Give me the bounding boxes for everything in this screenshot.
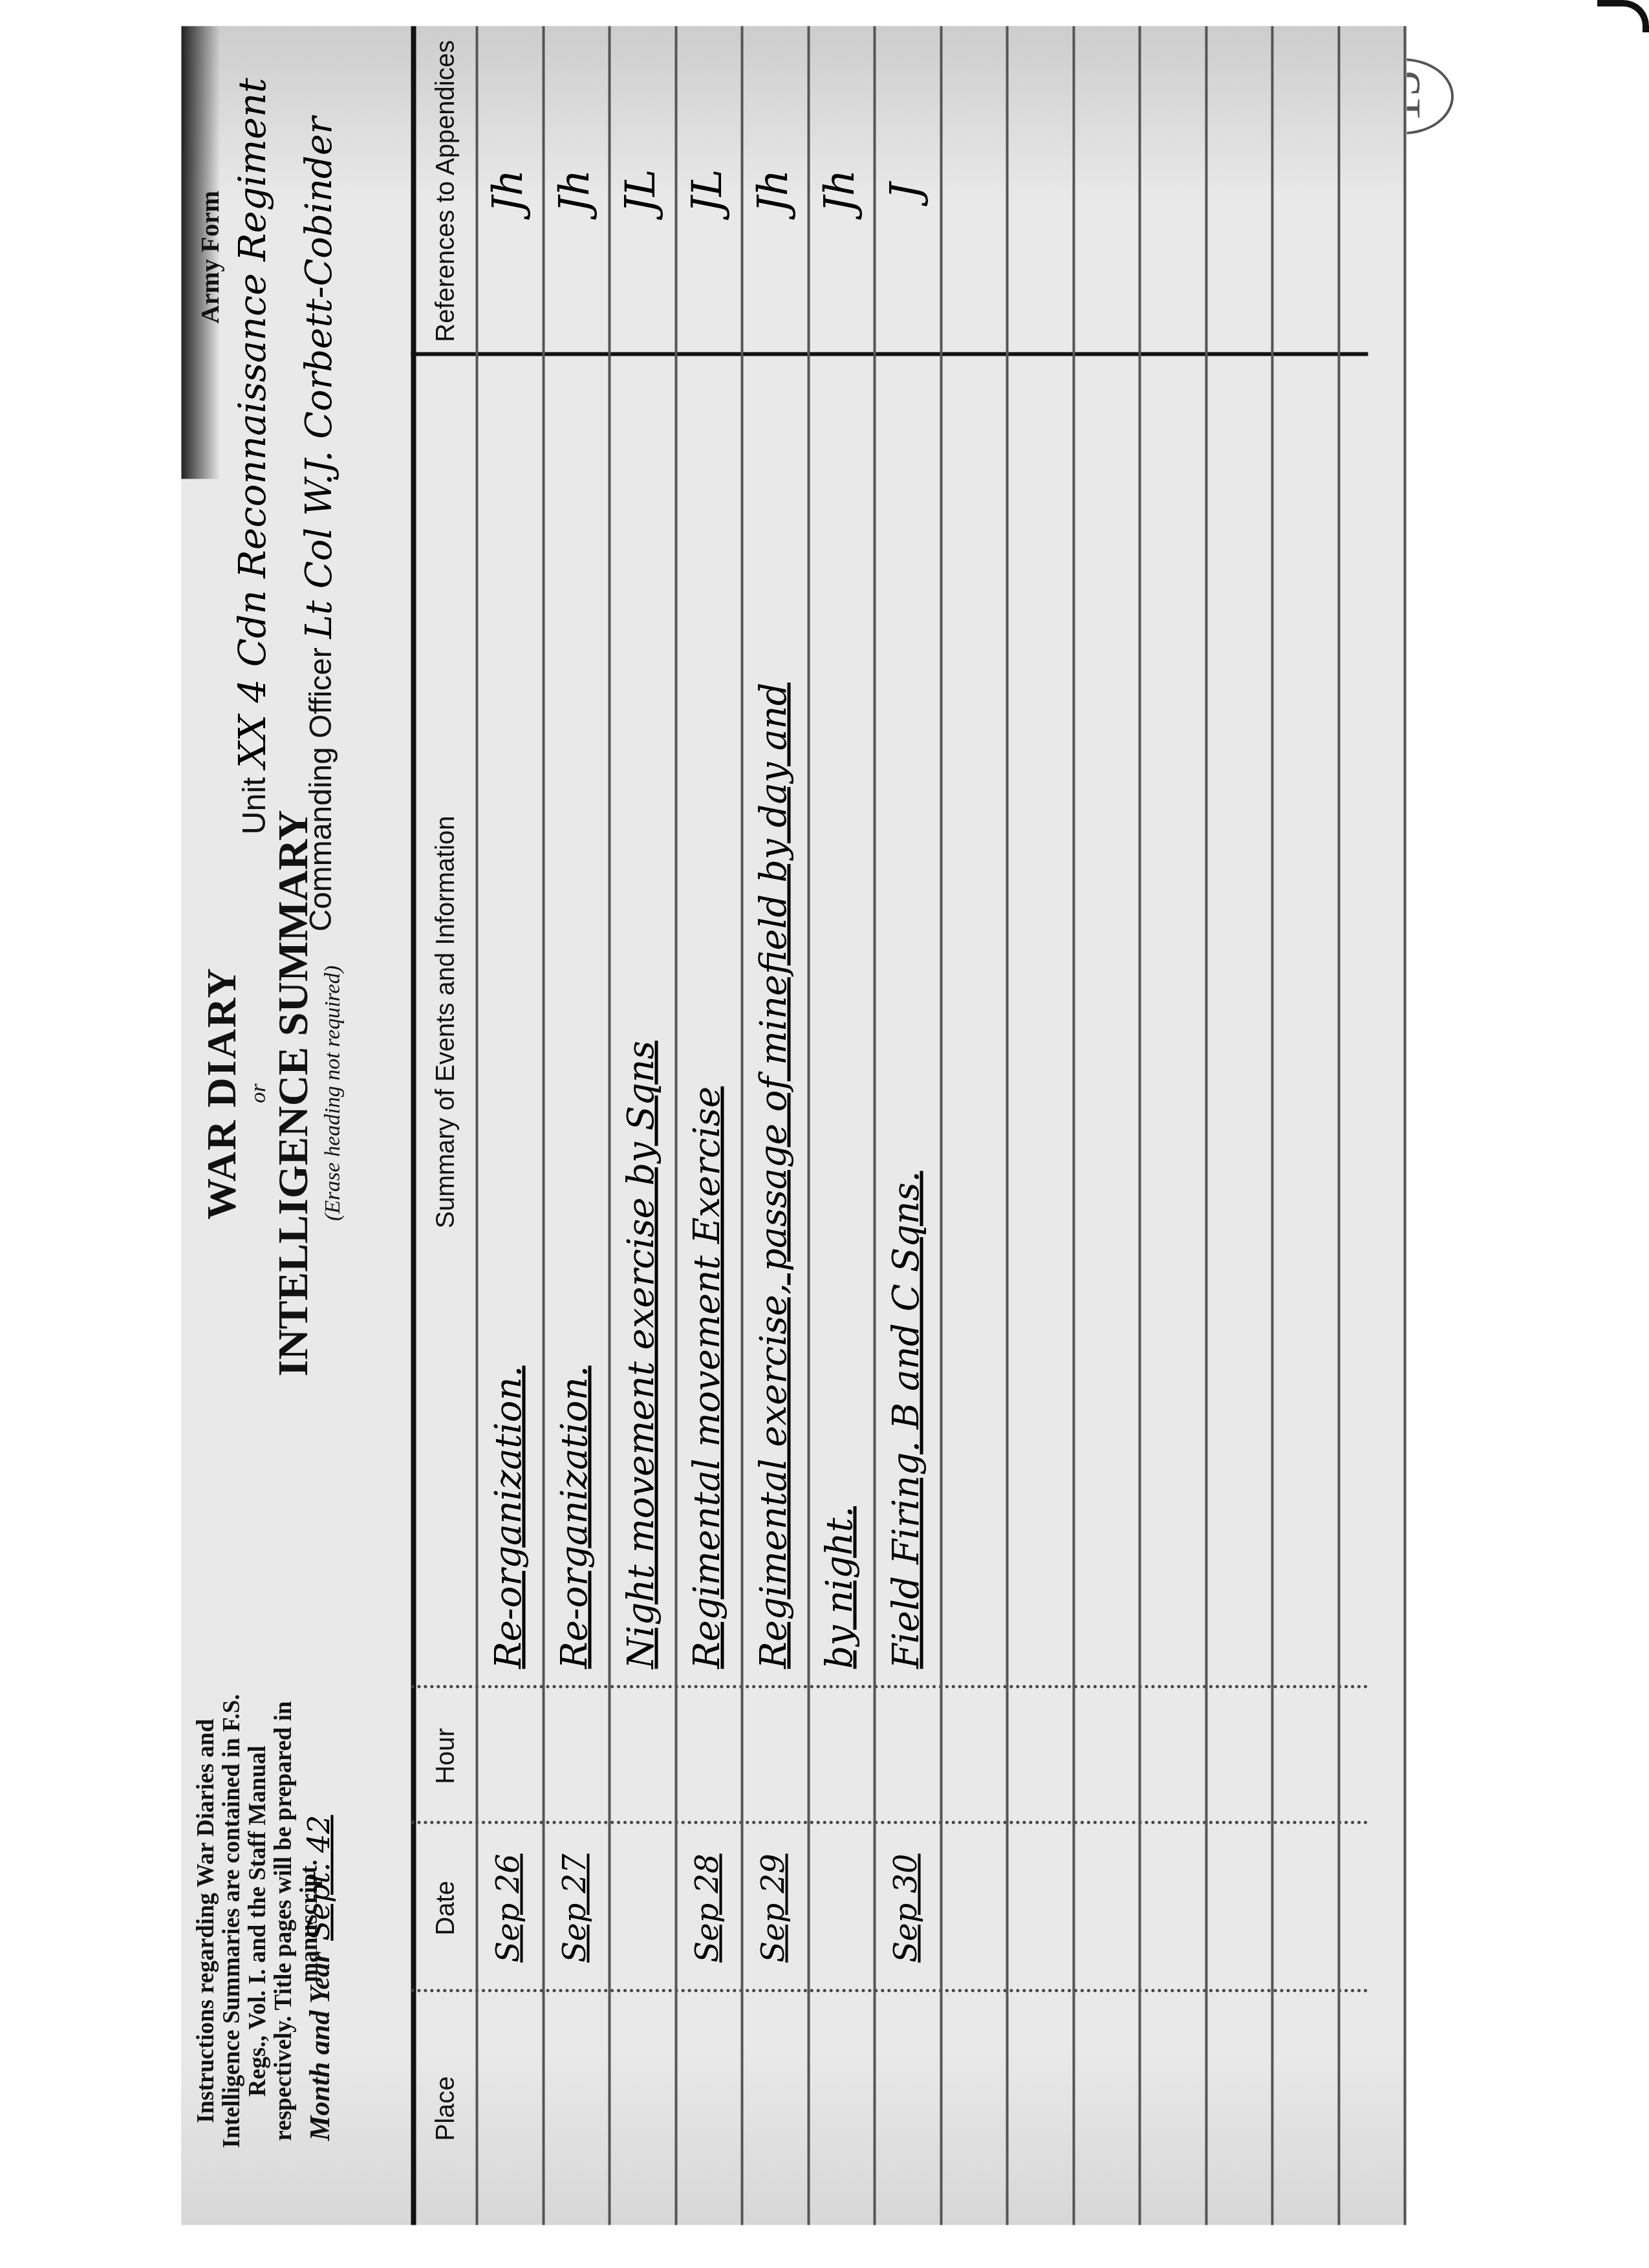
table-cell-ref: JL [608,26,673,356]
table-cell-summary: Regimental movement Exercise [674,336,739,1688]
title-or: or [246,802,270,1384]
unit-value: XX 4 Cdn Reconnaissance Regiment [230,78,274,768]
unit-field: Unit XX 4 Cdn Reconnaissance Regiment [230,78,274,834]
month-year-label: Month and Year [303,1951,335,2141]
table-cell-ref: Jh [740,26,805,356]
month-year-field: Month and Year Sept. 42 [301,1815,336,2141]
unit-label: Unit [235,777,272,834]
row-rule [940,26,942,2225]
column-header-place: Place [422,1992,468,2225]
army-form-label: Army Form [194,191,224,323]
table-cell-ref: Jh [542,26,607,356]
page-corner-mark [1597,0,1649,32]
table-cell-date: Sep 29 [740,1824,805,1992]
table-cell-ref: JL [674,26,739,356]
column-header-ref: References to Appendices [422,26,468,356]
table-cell-ref: J [873,26,938,356]
column-header-hour: Hour [422,1688,468,1824]
table-cell-summary: Field Firing. B and C Sqns. [873,336,938,1688]
title-war-diary: WAR DIARY [197,802,245,1384]
column-rule [411,1820,1368,1824]
row-rule [1205,26,1207,2225]
column-header-summary: Summary of Events and Information [422,356,468,1688]
column-header-date: Date [422,1824,468,1992]
table-cell-date: Sep 30 [873,1824,938,1992]
table-cell-summary: Regimental exercise, passage of minefiel… [740,336,805,1688]
table-cell-summary: by night. [807,336,872,1688]
table-cell-summary: Re-organization. [542,336,607,1688]
commanding-officer-field: Commanding Officer Lt Col W.J. Corbett-C… [297,116,339,931]
row-rule [1337,26,1340,2225]
table-cell-summary: Re-organization. [475,336,540,1688]
table-cell-date: Sep 26 [475,1824,540,1992]
commanding-officer-label: Commanding Officer [303,647,338,931]
table-cell-date: Sep 27 [542,1824,607,1992]
table-cell-ref: Jh [807,26,872,356]
month-year-value: Sept. 42 [301,1815,336,1940]
diary-table: PlaceDateHourSummary of Events and Infor… [411,26,1368,2225]
table-cell-ref: Jh [475,26,540,356]
commanding-officer-value: Lt Col W.J. Corbett-Cobinder [297,116,339,638]
table-cell-date: Sep 28 [674,1824,739,1992]
row-rule [1006,26,1008,2225]
table-cell-summary: Night movement exercise by Sqns [608,336,673,1688]
war-diary-form: Instructions regarding War Diaries and I… [181,26,1406,2225]
row-rule [1403,26,1406,2225]
row-rule [1138,26,1141,2225]
row-rule [1271,26,1273,2225]
row-rule [1072,26,1075,2225]
